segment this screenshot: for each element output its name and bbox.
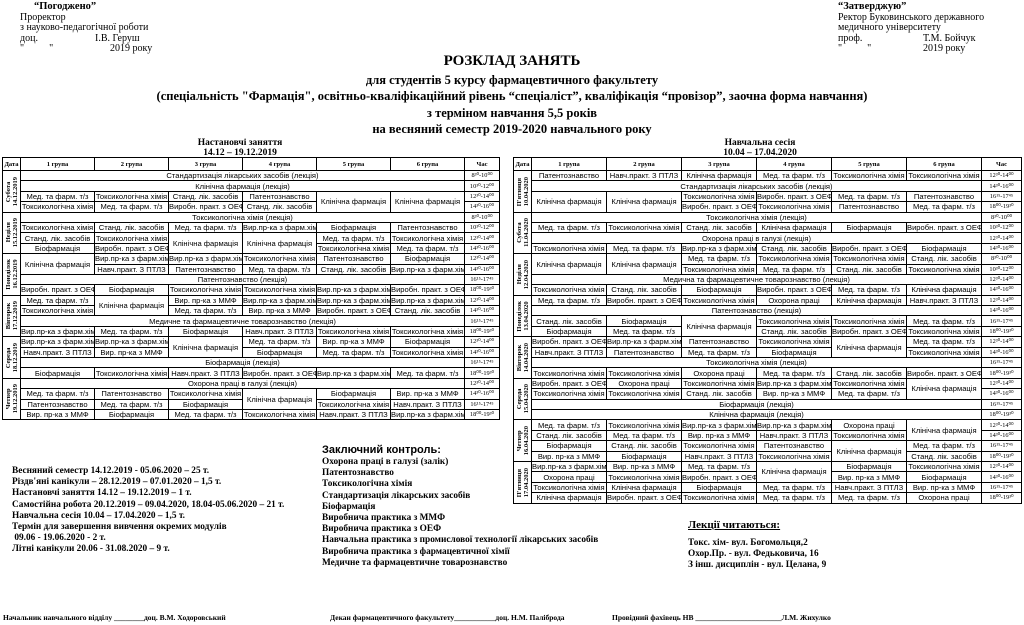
right-schedule-table: Дата1 група2 група3 група4 група5 група6… (513, 157, 1022, 504)
class-cell: Мед. та фарм. т/з (21, 295, 95, 305)
lecture-cell: Токсикологічна хімія (лекція) (21, 212, 465, 222)
class-cell: Мед. та фарм. т/з (607, 430, 682, 440)
class-cell: Виробн. практ. з ОЕФ (532, 337, 607, 347)
time-cell: 14³⁰-16⁰⁰ (982, 347, 1022, 357)
class-cell: Вир.пр-ка з фарм.хім (682, 420, 757, 430)
table-row: Виробн. практ. з ОЕФБіофармаціяТоксиколо… (3, 285, 500, 295)
class-cell: Клінічна фармація (21, 254, 95, 275)
class-cell: Охорона праці (757, 295, 832, 305)
class-cell: Клінічна фармація (682, 316, 757, 337)
class-cell: Виробн. практ. з ОЕФ (682, 472, 757, 482)
class-cell: Токсикологічна хімія (682, 295, 757, 305)
class-cell: Біофармація (907, 472, 982, 482)
class-cell: Мед. та фарм. т/з (21, 191, 95, 201)
table-row: Вир. пр-ка з ММФБіофармаціяМед. та фарм.… (3, 409, 500, 419)
class-cell: Вир.пр-ка з фарм.хім (95, 337, 169, 347)
class-cell: Токсикологічна хімія (682, 264, 757, 274)
table-row: Медичне та фармацевтичне товарознавство … (3, 316, 500, 326)
class-cell: Мед. та фарм. т/з (95, 326, 169, 336)
title-line-4: з терміном навчання 5,5 років (0, 106, 1024, 121)
right-schedule-container: Дата1 група2 група3 група4 група5 група6… (513, 157, 1022, 504)
time-cell: 12³⁰-14⁰⁰ (465, 295, 500, 305)
class-cell: Біофармація (391, 337, 465, 347)
time-cell: 14³⁰-16⁰⁰ (465, 389, 500, 399)
class-cell: Токсикологічна хімія (169, 389, 243, 399)
table-row: Субота11.04.2020Токсикологічна хімія (ле… (514, 212, 1022, 222)
class-cell: Біофармація (532, 441, 607, 451)
class-cell: Мед. та фарм. т/з (169, 222, 243, 232)
class-cell: Станд. лік. засобів (169, 191, 243, 201)
lecture-cell: Медична та фармацевтичне товарознавство … (532, 274, 982, 284)
location-item: З інш. дисциплін - вул. Целана, 9 (688, 560, 908, 571)
class-cell: Біофармація (169, 326, 243, 336)
day-cell: Середа15.04.2020 (514, 378, 532, 420)
class-cell: Вир.пр-ка з фарм.хім (532, 461, 607, 471)
note-4: Навчальна сесія 10.04 – 17.04.2020 – 1,5… (12, 511, 332, 522)
table-row: Стандартизація лікарських засобів (лекці… (514, 181, 1022, 191)
class-cell: Токсикологічна хімія (607, 420, 682, 430)
time-cell: 12³⁰-14⁰⁰ (982, 295, 1022, 305)
column-header: 2 група (95, 158, 169, 171)
class-cell: Токсикологічна хімія (532, 285, 607, 295)
class-cell: Патентознавство (682, 337, 757, 347)
class-cell: Біофармація (607, 451, 682, 461)
class-cell: Вир. пр-ка з ММФ (21, 409, 95, 419)
class-cell: Станд. лік. засобів (607, 285, 682, 295)
time-cell: 18⁰⁰-19³⁰ (465, 326, 500, 336)
class-cell: Токсикологічна хімія (607, 222, 682, 232)
time-cell: 16¹⁵-17⁴⁵ (982, 191, 1022, 201)
time-cell: 16¹⁵-17⁴⁵ (982, 399, 1022, 409)
class-cell: Клінічна фармація (391, 191, 465, 212)
column-header: Час (982, 158, 1022, 171)
class-cell: Токсикологічна хімія (243, 285, 317, 295)
class-cell: Станд. лік. засобів (21, 233, 95, 243)
class-cell: Клінічна фармація (832, 295, 907, 305)
class-cell: Токсикологічна хімія (832, 171, 907, 181)
class-cell: Виробн. практ. з ОЕФ (21, 285, 95, 295)
class-cell: Токсикологічна хімія (391, 326, 465, 336)
table-row: Понеділок13.04.2020Мед. та фарм. т/зВиро… (514, 295, 1022, 305)
lecture-cell: Патентознавство (лекція) (532, 306, 982, 316)
column-header: 4 група (757, 158, 832, 171)
class-cell: Мед. та фарм. т/з (757, 171, 832, 181)
approval-left: “Погоджено” Проректор з науково-педагогі… (20, 2, 300, 55)
class-cell: Вир.пр-ка з фарм.хім (243, 295, 317, 305)
day-cell: Субота11.04.2020 (514, 212, 532, 254)
class-cell: Виробн. практ. з ОЕФ (757, 285, 832, 295)
class-cell: Станд. лік. засобів (317, 264, 391, 274)
table-row: БіофармаціяСтанд. лік. засобівТоксиколог… (514, 441, 1022, 451)
table-row: БіофармаціяМед. та фарм. т/зСтанд. лік. … (514, 326, 1022, 336)
class-cell: Токсикологічна хімія (607, 389, 682, 399)
class-cell: Токсикологічна хімія (95, 233, 169, 243)
class-cell: Вир. пр-ка з ММФ (832, 472, 907, 482)
day-cell: Середа18.12.2019 (3, 337, 21, 379)
time-cell: 18⁰⁰-19³⁰ (465, 409, 500, 419)
right-table-subtitle: Навчальна сесія 10.04 – 17.04.2020 (660, 138, 860, 158)
class-cell: Мед. та фарм. т/з (95, 399, 169, 409)
column-header: 1 група (21, 158, 95, 171)
time-cell: 16¹⁵-17⁴⁵ (465, 274, 500, 284)
title-line-5: на весняний семестр 2019-2020 навчальног… (0, 122, 1024, 137)
table-row: Мед. та фарм. т/зТоксикологічна хіміяСта… (3, 191, 500, 201)
class-cell: Вир. пр-ка з ММФ (532, 451, 607, 461)
class-cell: Мед. та фарм. т/з (169, 306, 243, 316)
table-row: Клінічна фармаціяВиробн. практ. з ОЕФТок… (514, 493, 1022, 503)
time-cell: 10³⁰-12⁰⁰ (465, 181, 500, 191)
class-cell: Патентознавство (95, 389, 169, 399)
table-row: П'ятниця17.04.2020Вир.пр-ка з фарм.хімВи… (514, 461, 1022, 471)
class-cell: Клінічна фармація (243, 389, 317, 410)
class-cell: Токсикологічна хімія (757, 254, 832, 264)
class-cell: Станд. лік. засобів (682, 222, 757, 232)
lectures-location: Лекції читаються: Токс. хім- вул. Богомо… (688, 518, 908, 572)
class-cell: Виробн. практ. з ОЕФ (682, 202, 757, 212)
approval-right-heading: “Затверджую” (838, 2, 1024, 13)
class-cell: Клінічна фармація (169, 233, 243, 254)
class-cell: Токсикологічна хімія (907, 264, 982, 274)
class-cell: Клінічна фармація (907, 420, 982, 441)
time-cell: 14³⁰-16⁰⁰ (465, 347, 500, 357)
day-cell: Неділя12.04.2020 (514, 254, 532, 296)
note-5: Термін для завершення вивчення окремих м… (12, 522, 332, 533)
time-cell: 14³⁰-16⁰⁰ (465, 306, 500, 316)
control-item: Біофармація (322, 502, 522, 513)
class-cell: Клінічна фармація (757, 222, 832, 232)
time-cell: 12³⁰-14⁰⁰ (982, 233, 1022, 243)
column-header: Час (465, 158, 500, 171)
time-cell: 14³⁰-16⁰⁰ (982, 472, 1022, 482)
control-item: Токсикологічна хімія (322, 479, 522, 490)
class-cell: Патентознавство (532, 171, 607, 181)
class-cell: Біофармація (21, 243, 95, 253)
class-cell: Біофармація (907, 243, 982, 253)
time-cell: 16¹⁵-17⁴⁵ (982, 358, 1022, 368)
time-cell: 12³⁰-14⁰⁰ (465, 337, 500, 347)
class-cell: Станд. лік. засобів (532, 430, 607, 440)
class-cell: Мед. та фарм. т/з (907, 441, 982, 451)
time-cell: 14³⁰-16⁰⁰ (982, 430, 1022, 440)
class-cell: Станд. лік. засобів (757, 243, 832, 253)
class-cell: Охорона праці (907, 493, 982, 503)
class-cell: Мед. та фарм. т/з (757, 264, 832, 274)
class-cell: Мед. та фарм. т/з (532, 222, 607, 232)
table-row: Четвер19.12.2019Охорона праці в галузі (… (3, 378, 500, 388)
class-cell: Патентознавство (391, 222, 465, 232)
class-cell: Токсикологічна хімія (21, 222, 95, 232)
class-cell: Мед. та фарм. т/з (243, 337, 317, 347)
signature-head-of-dept: Начальник навчального відділу ________до… (3, 613, 226, 622)
class-cell: Токсикологічна хімія (757, 451, 832, 461)
class-cell: Вир.пр-ка з фарм.хім (169, 254, 243, 264)
class-cell: Токсикологічна хімія (907, 347, 982, 357)
lecture-cell: Токсикологічна хімія (лекція) (532, 212, 982, 222)
class-cell: Токсикологічна хімія (907, 171, 982, 181)
class-cell: Токсикологічна хімія (21, 202, 95, 212)
left-schedule-table: Дата1 група2 група3 група4 група5 група6… (2, 157, 500, 420)
lecture-cell: Стандартизація лікарських засобів (лекці… (21, 171, 465, 181)
class-cell: Станд. лік. засобів (907, 254, 982, 264)
day-cell: Понеділок16.12.2019 (3, 254, 21, 296)
class-cell: Виробн. практ. з ОЕФ (607, 295, 682, 305)
class-cell: Вир. пр-ка з ММФ (607, 461, 682, 471)
class-cell: Станд. лік. засобів (243, 202, 317, 212)
column-header: Дата (514, 158, 532, 171)
class-cell: Вир. пр-ка з ММФ (243, 306, 317, 316)
lecture-cell: Патентознавство (лекція) (21, 274, 465, 284)
class-cell: Мед. та фарм. т/з (682, 461, 757, 471)
time-cell: 12³⁰-14⁰⁰ (465, 378, 500, 388)
note-7: Літні канікули 20.06 - 31.08.2020 – 9 т. (12, 544, 332, 555)
class-cell: Клінічна фармація (169, 337, 243, 358)
time-cell: 10³⁰-12⁰⁰ (982, 264, 1022, 274)
class-cell: Вир.пр-ка з фарм.хім (391, 264, 465, 274)
class-cell: Клінічна фармація (832, 337, 907, 358)
document-title: РОЗКЛАД ЗАНЯТЬ (0, 53, 1024, 70)
class-cell: Мед. та фарм. т/з (832, 191, 907, 201)
class-cell: Виробн. практ. з ОЕФ (243, 368, 317, 378)
column-header: 1 група (532, 158, 607, 171)
table-row: Мед. та фарм. т/зПатентознавствоТоксикол… (3, 389, 500, 399)
time-cell: 10³⁰-12⁰⁰ (982, 222, 1022, 232)
approval-left-line2: з науково-педагогічної роботи (20, 23, 300, 34)
time-cell: 14³⁰-16⁰⁰ (465, 264, 500, 274)
day-cell: Четвер19.12.2019 (3, 378, 21, 420)
table-row: Неділя15.12.2019Токсикологічна хімія (ле… (3, 212, 500, 222)
class-cell: Вир.пр-ка з фарм.хім (317, 285, 391, 295)
control-item: Медичне та фармацевтичне товарознавство (322, 558, 522, 569)
class-cell: Станд. лік. засобів (532, 316, 607, 326)
time-cell: 14³⁰-16⁰⁰ (982, 285, 1022, 295)
class-cell: Мед. та фарм. т/з (243, 264, 317, 274)
class-cell: Мед. та фарм. т/з (169, 409, 243, 419)
class-cell: Біофармація (682, 285, 757, 295)
lecture-cell: Біофармація (лекція) (21, 358, 465, 368)
lecture-cell: Клінічна фармація (лекція) (21, 181, 465, 191)
table-row: Вир. пр-ка з ММФБіофармаціяНавч.практ. З… (514, 451, 1022, 461)
class-cell: Навч.практ. З ПТЛЗ (169, 368, 243, 378)
time-cell: 18⁰⁰-19³⁰ (982, 202, 1022, 212)
day-cell: Неділя15.12.2019 (3, 212, 21, 254)
lecture-cell: Охорона праці в галузі (лекція) (21, 378, 465, 388)
class-cell: Токсикологічна хімія (757, 337, 832, 347)
left-table-title: Настановчі заняття (140, 138, 340, 148)
class-cell: Клінічна фармація (317, 191, 391, 212)
class-cell: Навч.практ. З ПТЛЗ (21, 347, 95, 357)
class-cell: Вир.пр-ка з фарм.хім (391, 295, 465, 305)
day-cell: П'ятниця10.04.2020 (514, 171, 532, 213)
time-cell: 18⁰⁰-19³⁰ (982, 368, 1022, 378)
class-cell: Навч.практ. З ПТЛЗ (757, 430, 832, 440)
table-row: Вир.пр-ка з фарм.хімМед. та фарм. т/зБіо… (3, 326, 500, 336)
class-cell: Патентознавство (907, 191, 982, 201)
day-cell: Вівторок17.12.2019 (3, 295, 21, 337)
class-cell: Виробн. практ. з ОЕФ (532, 378, 607, 388)
class-cell: Біофармація (682, 482, 757, 492)
column-header: Дата (3, 158, 21, 171)
class-cell: Вир. пр-ка з ММФ (169, 295, 243, 305)
column-header: 2 група (607, 158, 682, 171)
class-cell: Токсикологічна хімія (243, 409, 317, 419)
table-row: Вівторок14.04.2020Виробн. практ. з ОЕФВи… (514, 337, 1022, 347)
table-header-row: Дата1 група2 група3 група4 група5 група6… (3, 158, 500, 171)
class-cell: Охорона праці (682, 368, 757, 378)
time-cell: 14³⁰-16⁰⁰ (465, 202, 500, 212)
table-row: Патентознавство (лекція)16¹⁵-17⁴⁵ (3, 274, 500, 284)
table-row: Навч.практ. З ПТЛЗПатентознавствоМед. та… (514, 347, 1022, 357)
time-cell: 16¹⁵-17⁴⁵ (982, 482, 1022, 492)
class-cell: Вир. пр-ка з ММФ (682, 430, 757, 440)
time-cell: 14³⁰-16⁰⁰ (465, 243, 500, 253)
class-cell: Токсикологічна хімія (832, 254, 907, 264)
note-1: Різдв'яні канікули – 28.12.2019 – 07.01.… (12, 477, 332, 488)
title-line-2: для студентів 5 курсу фармацевтичного фа… (0, 73, 1024, 88)
time-cell: 12³⁰-14⁰⁰ (982, 337, 1022, 347)
class-cell: Вир.пр-ка з фарм.хім (21, 337, 95, 347)
class-cell: Токсикологічна хімія (607, 472, 682, 482)
class-cell: Клінічна фармація (532, 191, 607, 212)
semester-notes: Весняний семестр 14.12.2019 - 05.06.2020… (12, 466, 332, 556)
table-row: Мед. та фарм. т/зТоксикологічна хіміяСта… (514, 222, 1022, 232)
time-cell: 8³⁰-10⁰⁰ (465, 171, 500, 181)
time-cell: 12³⁰-14⁰⁰ (982, 461, 1022, 471)
class-cell: Токсикологічна хімія (532, 368, 607, 378)
class-cell: Навч.практ. З ПТЛЗ (682, 451, 757, 461)
time-cell: 14³⁰-16⁰⁰ (982, 243, 1022, 253)
class-cell: Біофармація (95, 285, 169, 295)
left-table-subtitle: Настановчі заняття 14.12 – 19.12.2019 (140, 138, 340, 158)
class-cell: Токсикологічна хімія (832, 316, 907, 326)
class-cell: Вир.пр-ка з фарм.хім (391, 409, 465, 419)
table-row: Станд. лік. засобівБіофармаціяКлінічна ф… (514, 316, 1022, 326)
table-row: Токсикологічна хімія (лекція)16¹⁵-17⁴⁵ (514, 358, 1022, 368)
class-cell: Токсикологічна хімія (682, 441, 757, 451)
control-item: Виробнича практика з фармацевтичної хімі… (322, 547, 522, 558)
class-cell: Біофармація (169, 399, 243, 409)
class-cell: Вир. пр-ка з ММФ (95, 347, 169, 357)
class-cell: Вир.пр-ка з фарм.хім (682, 243, 757, 253)
control-item: Виробнича практика з ММФ (322, 513, 522, 524)
time-cell: 16¹⁵-17⁴⁵ (982, 316, 1022, 326)
class-cell: Токсикологічна хімія (169, 285, 243, 295)
time-cell: 8³⁰-10⁰⁰ (465, 212, 500, 222)
class-cell: Виробн. практ. з ОЕФ (607, 493, 682, 503)
location-item: Токс. хім- вул. Богомольця,2 (688, 538, 908, 549)
class-cell: Мед. та фарм. т/з (21, 389, 95, 399)
time-cell: 18⁰⁰-19³⁰ (982, 409, 1022, 419)
class-cell: Мед. та фарм. т/з (607, 243, 682, 253)
class-cell: Патентознавство (243, 191, 317, 201)
table-row: Токсикологічна хіміяСтанд. лік. засобівМ… (3, 222, 500, 232)
class-cell: Біофармація (317, 389, 391, 399)
time-cell: 16¹⁵-17⁴⁵ (982, 441, 1022, 451)
class-cell: Мед. та фарм. т/з (907, 337, 982, 347)
table-row: Охорона праці в галузі (лекція)12³⁰-14⁰⁰ (514, 233, 1022, 243)
class-cell: Вир. пр-ка з ММФ (391, 389, 465, 399)
class-cell: Навч.практ. З ПТЛЗ (532, 347, 607, 357)
column-header: 6 група (907, 158, 982, 171)
class-cell: Виробн. практ. з ОЕФ (832, 326, 907, 336)
table-row: Неділя12.04.2020Клінічна фармаціяКлінічн… (514, 254, 1022, 264)
lecture-cell: Охорона праці в галузі (лекція) (532, 233, 982, 243)
class-cell: Станд. лік. засобів (95, 222, 169, 232)
lecture-cell: Токсикологічна хімія (лекція) (532, 358, 982, 368)
table-row: Навч.практ. З ПТЛЗВир. пр-ка з ММФБіофар… (3, 347, 500, 357)
class-cell: Біофармація (532, 326, 607, 336)
lecture-cell: Медичне та фармацевтичне товарознавство … (21, 316, 465, 326)
class-cell: Патентознавство (317, 254, 391, 264)
table-row: Токсикологічна хіміяКлінічна фармаціяБіо… (514, 482, 1022, 492)
class-cell: Навч.практ. З ПТЛЗ (907, 295, 982, 305)
class-cell: Клінічна фармація (907, 285, 982, 295)
class-cell: Біофармація (317, 222, 391, 232)
time-cell: 12³⁰-14⁰⁰ (982, 378, 1022, 388)
class-cell: Патентознавство (169, 264, 243, 274)
class-cell: Токсикологічна хімія (682, 378, 757, 388)
time-cell: 12³⁰-14⁰⁰ (982, 420, 1022, 430)
lecture-cell: Біофармація (лекція) (532, 399, 982, 409)
time-cell: 8³⁰-10⁰⁰ (982, 212, 1022, 222)
class-cell: Токсикологічна хімія (317, 326, 391, 336)
class-cell: Біофармація (607, 316, 682, 326)
class-cell: Біофармація (832, 222, 907, 232)
signature-dean: Декан фармацевтичного факультету________… (330, 613, 565, 622)
class-cell: Патентознавство (757, 441, 832, 451)
class-cell: Токсикологічна хімія (317, 399, 391, 409)
lectures-location-heading: Лекції читаються: (688, 518, 908, 532)
class-cell: Мед. та фарм. т/з (607, 326, 682, 336)
table-row: Біофармація (лекція)16¹⁵-17⁴⁵ (3, 358, 500, 368)
title-line-3: (спеціальність "Фармація", освітньо-квал… (0, 89, 1024, 104)
left-schedule-container: Дата1 група2 група3 група4 група5 група6… (2, 157, 500, 420)
class-cell: Біофармація (832, 461, 907, 471)
class-cell: Мед. та фарм. т/з (907, 316, 982, 326)
time-cell: 12³⁰-14⁰⁰ (982, 274, 1022, 284)
class-cell: Токсикологічна хімія (907, 326, 982, 336)
table-row: БіофармаціяТоксикологічна хіміяНавч.прак… (3, 368, 500, 378)
time-cell: 10³⁰-12⁰⁰ (465, 222, 500, 232)
class-cell: Виробн. практ. з ОЕФ (907, 222, 982, 232)
class-cell: Станд. лік. засобів (907, 451, 982, 461)
class-cell: Навч.практ. З ПТЛЗ (95, 264, 169, 274)
class-cell: Навч.практ. З ПТЛЗ (832, 482, 907, 492)
class-cell: Токсикологічна хімія (907, 461, 982, 471)
class-cell: Мед. та фарм. т/з (757, 368, 832, 378)
class-cell: Станд. лік. засобів (391, 306, 465, 316)
class-cell: Клінічна фармація (607, 482, 682, 492)
class-cell: Станд. лік. засобів (607, 441, 682, 451)
class-cell: Токсикологічна хімія (532, 482, 607, 492)
class-cell: Біофармація (21, 368, 95, 378)
class-cell: Клінічна фармація (757, 461, 832, 482)
class-cell: Мед. та фарм. т/з (532, 295, 607, 305)
final-control: Заключний контроль: Охорона праці в галу… (322, 443, 522, 569)
time-cell: 8³⁰-10⁰⁰ (982, 254, 1022, 264)
class-cell: Біофармація (95, 409, 169, 419)
class-cell: Токсикологічна хімія (832, 378, 907, 388)
time-cell: 18⁰⁰-19³⁰ (982, 451, 1022, 461)
class-cell: Токсикологічна хімія (95, 191, 169, 201)
class-cell: Охорона праці (607, 378, 682, 388)
class-cell: Клінічна фармація (532, 254, 607, 275)
lecture-cell: Стандартизація лікарських засобів (лекці… (532, 181, 982, 191)
approval-left-heading: “Погоджено” (20, 2, 300, 13)
note-0: Весняний семестр 14.12.2019 - 05.06.2020… (12, 466, 332, 477)
class-cell: Виробн. практ. з ОЕФ (757, 191, 832, 201)
class-cell: Мед. та фарм. т/з (757, 482, 832, 492)
time-cell: 18⁰⁰-19³⁰ (982, 326, 1022, 336)
